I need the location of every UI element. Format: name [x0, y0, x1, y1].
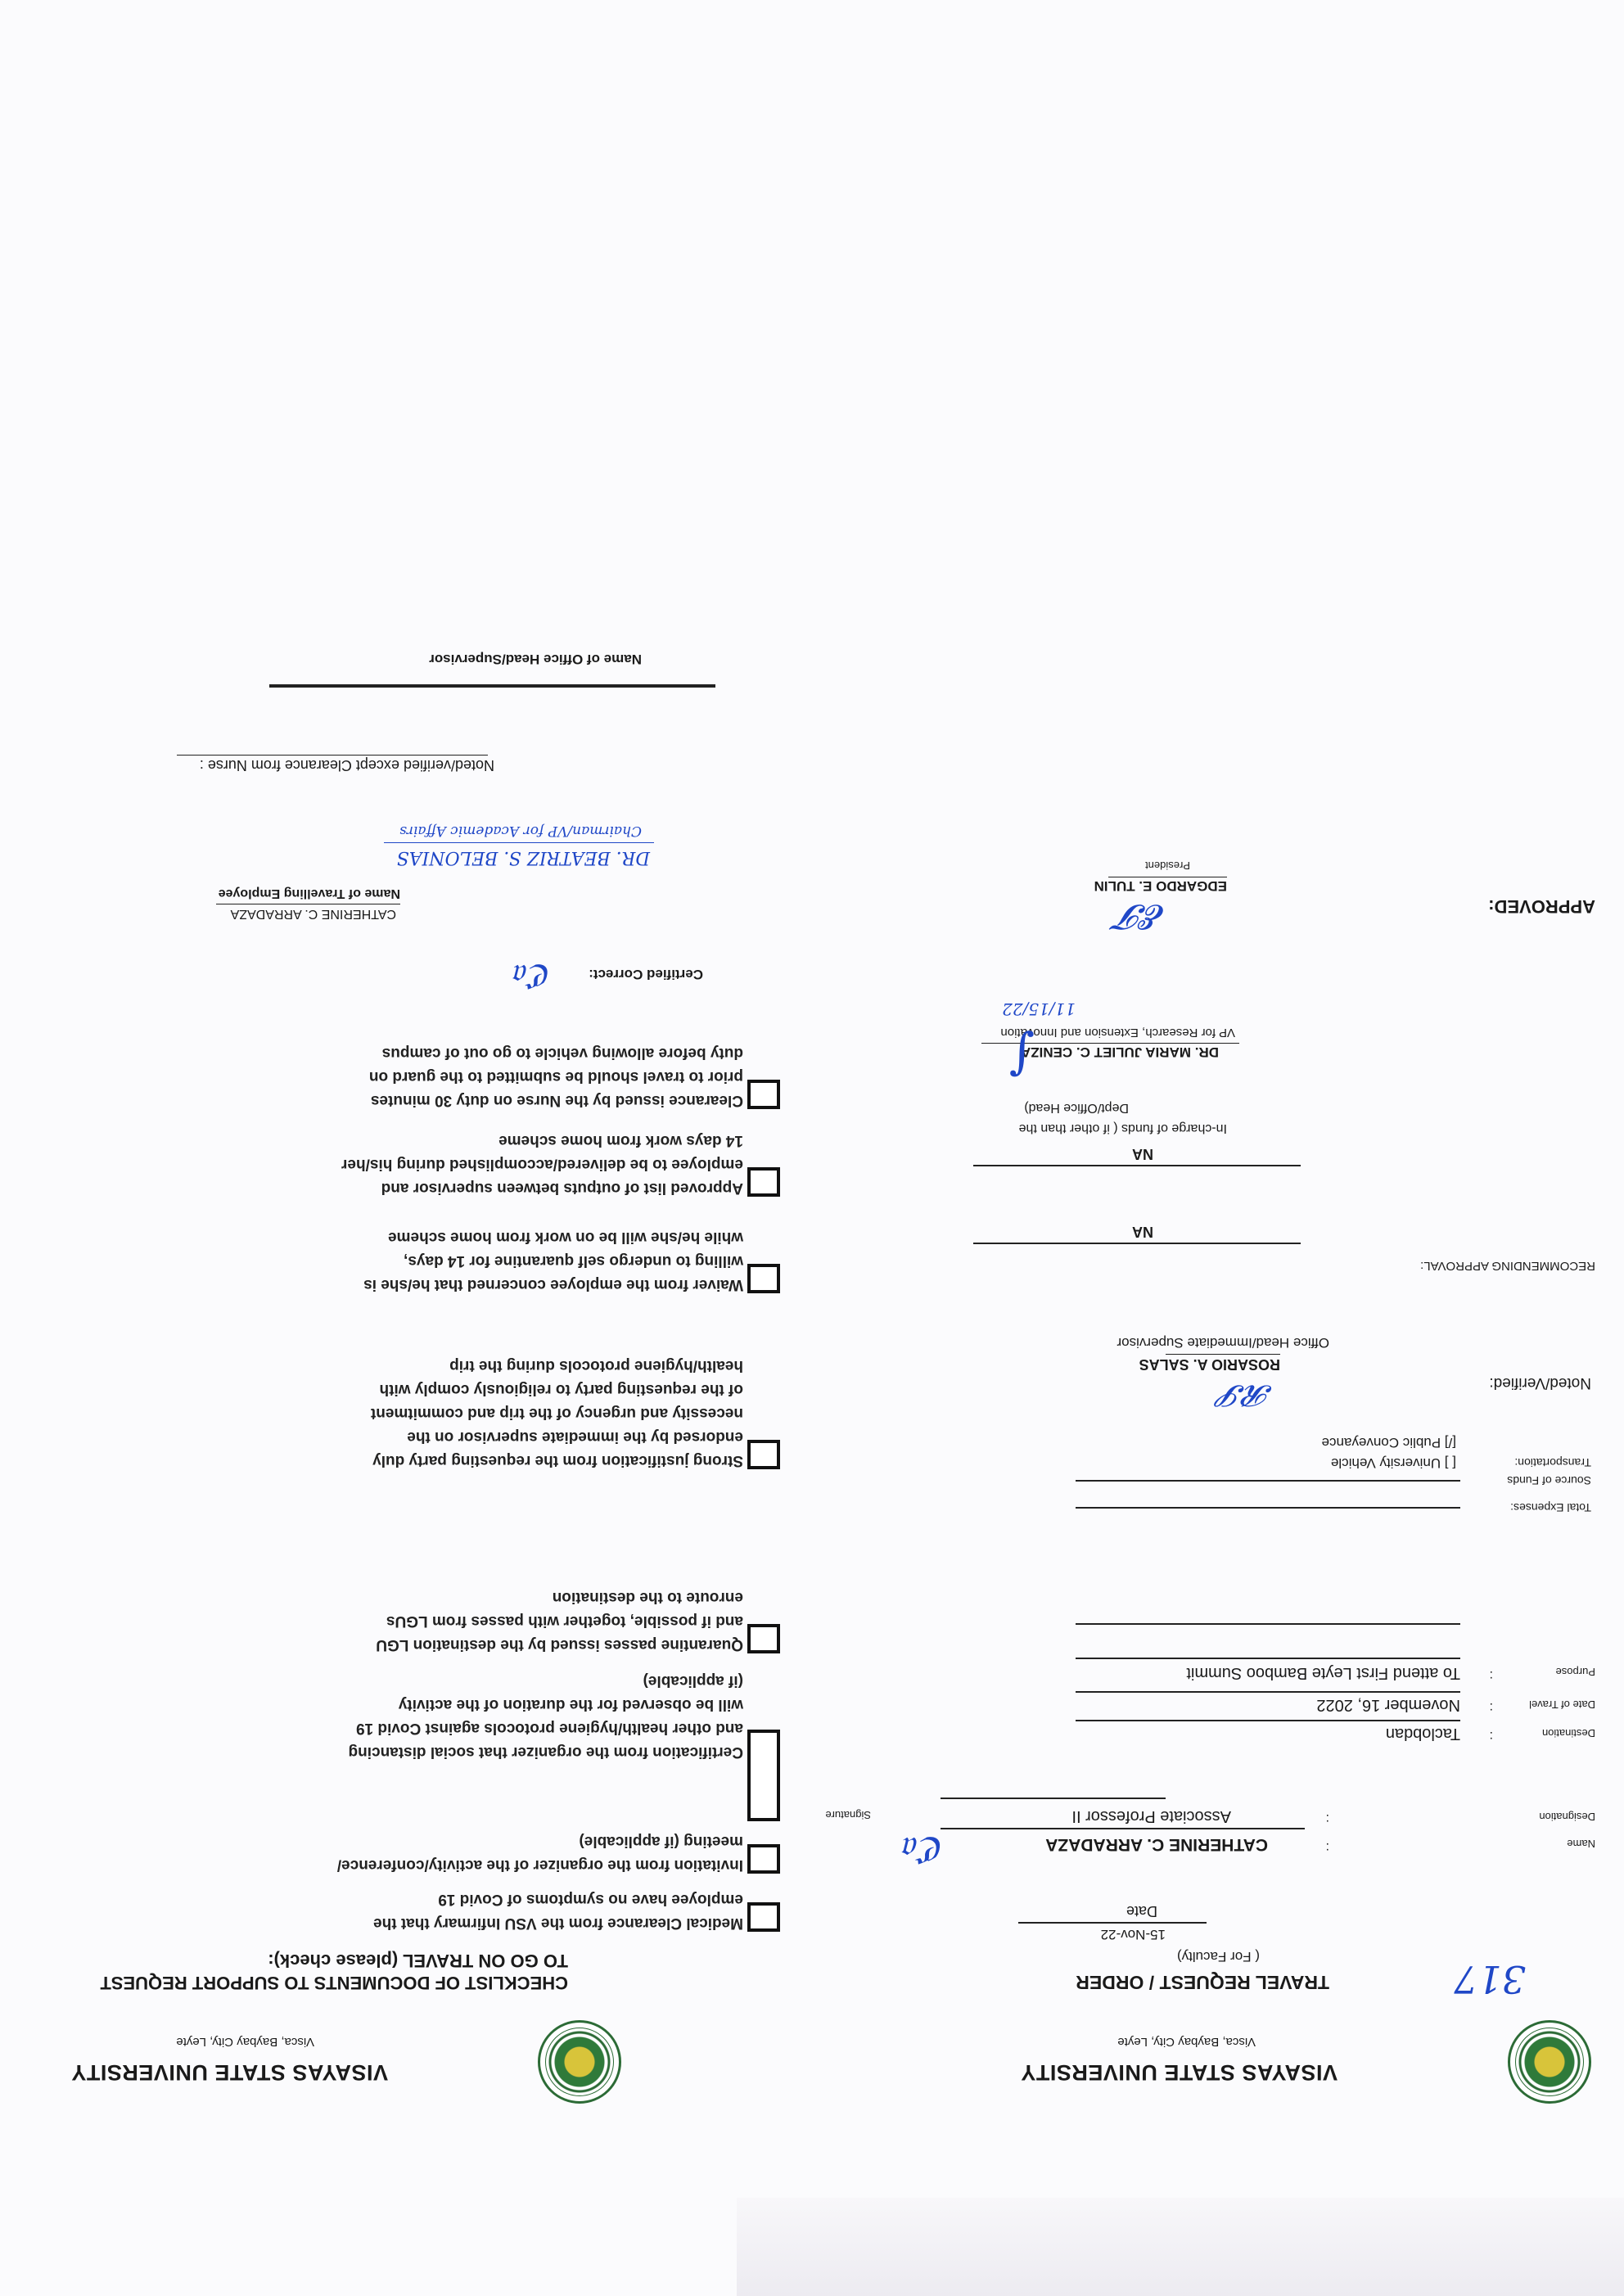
noted-verified-label: Noted/Verified: [1489, 1374, 1591, 1392]
university-name-left: VISAYAS STATE UNIVERSITY [1021, 2059, 1338, 2085]
certified-employee-name: CATHERINE C. ARRADAZA [231, 906, 396, 921]
office-head-caption: Name of Office Head/Supervisor [429, 651, 642, 667]
president-name: EDGARDO E. TULIN [1094, 877, 1227, 894]
colon: : [1490, 1728, 1493, 1743]
destination-value: Taclobdan [1386, 1724, 1460, 1743]
vp-handwritten-date: 11/15/22 [1002, 999, 1076, 1019]
checkbox-nurse-clearance[interactable] [747, 1080, 780, 1109]
colon: : [1326, 1839, 1329, 1854]
checklist-item-quarantine-passes: Quarantine passes issued by the destinat… [244, 1586, 743, 1657]
belonias-handwritten-position: Chairman/VP for Academic Affairs [399, 823, 642, 839]
form-title: TRAVEL REQUEST / ORDER [1076, 1971, 1329, 1993]
signature-label: Signature [825, 1809, 871, 1821]
vp-signature: ∫ [1009, 1027, 1035, 1085]
transport-option-university-vehicle[interactable]: [ ] University Vehicle [1331, 1455, 1456, 1471]
checkbox-waiver[interactable] [747, 1264, 780, 1293]
recommending-position-line2: Dept/Office Head) [1024, 1100, 1129, 1115]
belonias-handwritten-name: DR. BEATRIZ S. BELONIAS [397, 847, 650, 868]
scanned-document-page: VISAYAS STATE UNIVERSITY Visca, Baybay C… [0, 0, 1624, 2296]
employee-signature: ℭ𝔞 [904, 1829, 945, 1870]
transportation-label: Transportation: [1514, 1456, 1591, 1469]
approved-label: APPROVED: [1488, 895, 1595, 917]
certified-signature: ℭ𝔞 [514, 957, 552, 995]
president-position: President [1145, 859, 1190, 872]
noted-except-nurse-label: Noted/verified except Clearance from Nur… [200, 756, 494, 774]
university-name-right: VISAYAS STATE UNIVERSITY [71, 2059, 388, 2085]
checklist-title-line2: TO GO ON TRAVEL (please check): [268, 1950, 568, 1971]
checklist-item-certification: Certification from the organizer that so… [244, 1669, 743, 1764]
vsu-seal-logo-left [1508, 2020, 1591, 2104]
recommending-position-line1: In-charge of funds ( if other than the [1019, 1121, 1227, 1135]
checklist-item-invitation: Invitation from the organizer of the act… [244, 1829, 743, 1877]
control-number-handwritten: 317 [1454, 1957, 1526, 2001]
destination-label: Destination [1542, 1727, 1595, 1739]
date-of-travel-label: Date of Travel [1529, 1698, 1595, 1711]
certified-correct-label: Certified Correct: [589, 966, 703, 982]
travelling-employee-caption: Name of Travelling Employee [219, 886, 400, 900]
recommending-name-2: NA [1132, 1145, 1153, 1162]
noted-verified-name: ROSARIO A. SALAS [1139, 1355, 1280, 1373]
request-date-value: 15-Nov-22 [1101, 1926, 1166, 1942]
employee-name-value: CATHERINE C. ARRADAZA [1045, 1834, 1268, 1854]
checkbox-invitation[interactable] [747, 1844, 780, 1874]
checklist-item-medical-clearance: Medical Clearance from the VSU Infirmary… [244, 1888, 743, 1935]
colon: : [1326, 1811, 1329, 1825]
checklist-item-strong-justification: Strong justification from the requesting… [244, 1354, 743, 1473]
total-expenses-label: Total Expenses: [1510, 1501, 1591, 1514]
date-of-travel-value: November 16, 2022 [1316, 1695, 1460, 1714]
checklist-item-waiver: Waiver from the employee concerned that … [244, 1225, 743, 1297]
vsu-seal-logo-right [538, 2020, 621, 2104]
purpose-value: To attend First Leyte Bamboo Summit [1186, 1663, 1460, 1682]
form-subtitle: ( For Faculty) [1177, 1948, 1260, 1964]
checkbox-certification[interactable] [747, 1730, 780, 1821]
request-date-label: Date [1126, 1902, 1157, 1919]
checklist-title-line1: CHECKLIST OF DOCUMENTS TO SUPPORT REQUES… [100, 1972, 568, 1993]
checkbox-strong-justification[interactable] [747, 1440, 780, 1469]
paper-fold-shadow [737, 2198, 1624, 2296]
checkbox-quarantine-passes[interactable] [747, 1624, 780, 1653]
designation-label: Designation [1539, 1811, 1595, 1823]
checkbox-approved-outputs[interactable] [747, 1167, 780, 1197]
recommending-name-1: NA [1132, 1223, 1153, 1240]
university-address-right: Visca, Baybay City, Leyte [176, 2035, 314, 2049]
name-label: Name [1567, 1838, 1595, 1850]
checkbox-medical-clearance[interactable] [747, 1902, 780, 1932]
colon: : [1490, 1699, 1493, 1714]
vp-position: VP for Research, Extension and Innovatio… [1000, 1026, 1235, 1040]
vp-name: DR. MARIA JULIET C. CENIZA [1021, 1044, 1219, 1060]
recommending-approval-label: RECOMMENDING APPROVAL: [1420, 1259, 1595, 1273]
designation-value: Associate Professor II [1071, 1807, 1231, 1825]
checklist-item-nurse-clearance: Clearance issued by the Nurse on duty 30… [244, 1041, 743, 1112]
purpose-label: Purpose [1556, 1666, 1595, 1678]
president-signature: 𝓔𝓣 [1120, 896, 1166, 937]
transport-option-public-conveyance[interactable]: [/] Public Conveyance [1322, 1434, 1456, 1450]
salas-signature: 𝓡𝓢 [1222, 1378, 1273, 1412]
checklist-item-approved-outputs: Approved list of outputs between supervi… [244, 1129, 743, 1200]
source-of-funds-label: Source of Funds [1507, 1474, 1591, 1487]
noted-verified-position: Office Head/Immediate Supervisor [1116, 1334, 1329, 1351]
university-address-left: Visca, Baybay City, Leyte [1117, 2035, 1256, 2049]
colon: : [1490, 1667, 1493, 1682]
